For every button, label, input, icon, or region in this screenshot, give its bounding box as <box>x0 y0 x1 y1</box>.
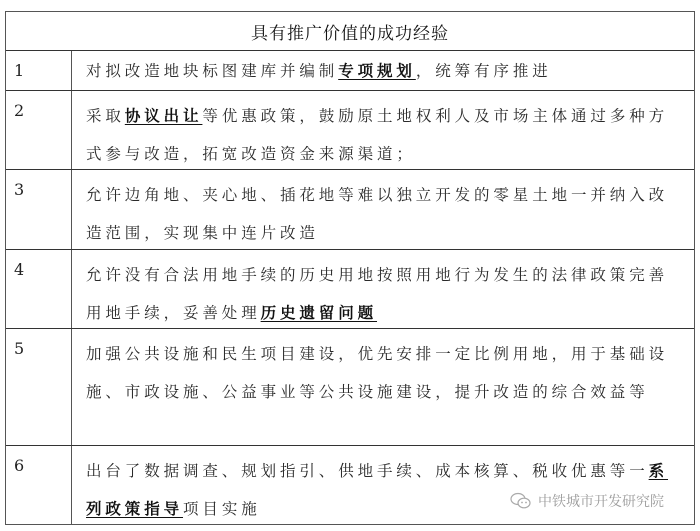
text-segment: 项目实施 <box>183 500 261 518</box>
watermark: 中铁城市开发研究院 <box>510 491 664 511</box>
text-segment: 出台了数据调查、规划指引、供地手续、成本核算、税收优惠等一 <box>86 462 649 480</box>
row-content: 采取协议出让等优惠政策，鼓励原土地权利人及市场主体通过多种方式参与改造，拓宽改造… <box>72 91 694 169</box>
highlight-term: 协议出让 <box>125 106 203 125</box>
highlight-term: 历史遗留问题 <box>261 303 377 322</box>
text-segment: 允许边角地、夹心地、插花地等难以独立开发的零星土地一并纳入改造范围，实现集中连片… <box>86 186 668 242</box>
table-row: 6 出台了数据调查、规划指引、供地手续、成本核算、税收优惠等一系列政策指导项目实… <box>6 446 694 524</box>
text-segment: ，统筹有序推进 <box>416 62 552 80</box>
wechat-icon <box>510 492 532 510</box>
text-segment: 加强公共设施和民生项目建设，优先安排一定比例用地，用于基础设施、市政设施、公益事… <box>86 345 668 401</box>
watermark-text: 中铁城市开发研究院 <box>538 491 664 511</box>
row-content: 允许边角地、夹心地、插花地等难以独立开发的零星土地一并纳入改造范围，实现集中连片… <box>72 170 694 249</box>
table-title: 具有推广价值的成功经验 <box>6 12 694 51</box>
row-number: 3 <box>6 170 72 249</box>
row-number: 1 <box>6 51 72 90</box>
row-content: 加强公共设施和民生项目建设，优先安排一定比例用地，用于基础设施、市政设施、公益事… <box>72 329 694 445</box>
highlight-term: 专项规划 <box>338 61 416 80</box>
row-content: 允许没有合法用地手续的历史用地按照用地行为发生的法律政策完善用地手续，妥善处理历… <box>72 250 694 328</box>
experience-table: 具有推广价值的成功经验 1 对拟改造地块标图建库并编制专项规划，统筹有序推进 2… <box>5 11 695 525</box>
row-number: 5 <box>6 329 72 445</box>
table-row: 5 加强公共设施和民生项目建设，优先安排一定比例用地，用于基础设施、市政设施、公… <box>6 329 694 446</box>
table-row: 2 采取协议出让等优惠政策，鼓励原土地权利人及市场主体通过多种方式参与改造，拓宽… <box>6 91 694 170</box>
text-segment: 对拟改造地块标图建库并编制 <box>86 62 338 80</box>
text-segment: 采取 <box>86 107 125 125</box>
row-content: 对拟改造地块标图建库并编制专项规划，统筹有序推进 <box>72 51 694 90</box>
table-row: 1 对拟改造地块标图建库并编制专项规划，统筹有序推进 <box>6 51 694 91</box>
row-number: 6 <box>6 446 72 524</box>
table-row: 4 允许没有合法用地手续的历史用地按照用地行为发生的法律政策完善用地手续，妥善处… <box>6 250 694 329</box>
row-number: 2 <box>6 91 72 169</box>
row-number: 4 <box>6 250 72 328</box>
row-content: 出台了数据调查、规划指引、供地手续、成本核算、税收优惠等一系列政策指导项目实施 <box>72 446 694 524</box>
table-row: 3 允许边角地、夹心地、插花地等难以独立开发的零星土地一并纳入改造范围，实现集中… <box>6 170 694 250</box>
